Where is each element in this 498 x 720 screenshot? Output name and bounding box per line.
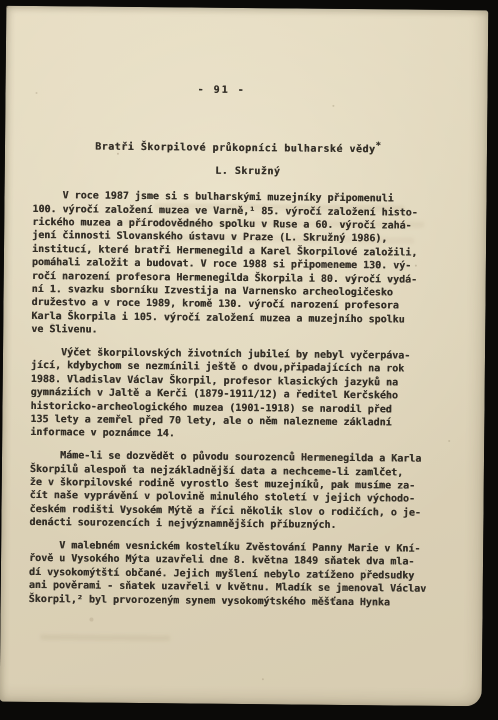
paragraph: Máme-li se dozvědět o původu sourozenců … <box>29 449 460 533</box>
article-title-text: Bratři Škorpilové průkopníci bulharské v… <box>95 142 375 156</box>
title-footnote-mark: * <box>375 142 381 152</box>
paragraph: V malebném vesnickém kostelíku Zvěstován… <box>29 539 460 610</box>
paragraph: V roce 1987 jsme si s bulharskými muzejn… <box>31 189 462 340</box>
page-content: - 91 - Bratři Škorpilové průkopníci bulh… <box>1 6 489 611</box>
scan-background: - 91 - Bratři Škorpilové průkopníci bulh… <box>0 0 498 720</box>
author-name: L. Skružný <box>33 163 463 181</box>
show-through-smudge <box>40 634 170 641</box>
article-body: V roce 1987 jsme si s bulharskými muzejn… <box>29 189 463 610</box>
page-number: - 91 - <box>33 82 463 100</box>
paragraph: Výčet škorpilovských životních jubileí b… <box>30 346 461 444</box>
article-title: Bratři Škorpilové průkopníci bulharské v… <box>33 137 463 158</box>
document-page: - 91 - Bratři Škorpilové průkopníci bulh… <box>0 6 488 707</box>
text-line: informace v poznámce 14. <box>30 426 460 444</box>
